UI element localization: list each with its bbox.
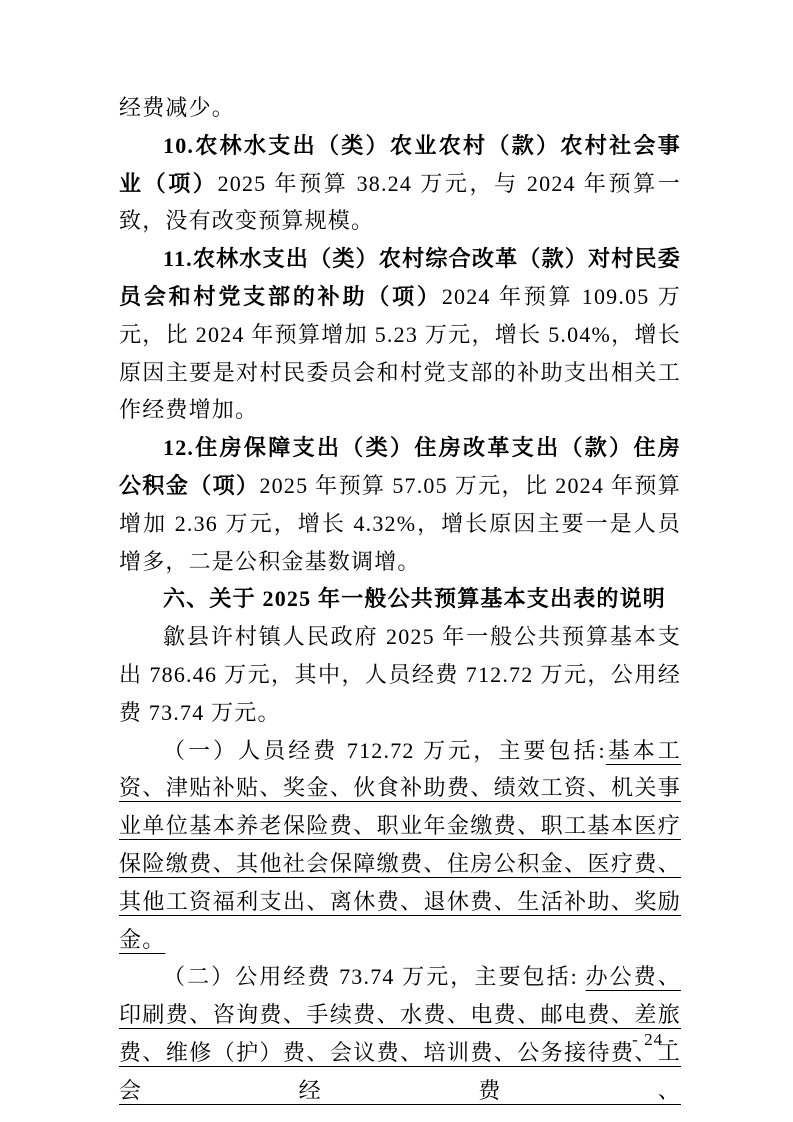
paragraph: （一）人员经费 712.72 万元，主要包括:基本工资、津贴补贴、奖金、伙食补助… [119,732,681,959]
paragraph: 10.农林水支出（类）农业农村（款）农村社会事业（项）2025 年预算 38.2… [119,127,681,240]
text-run: 经费减少。 [119,95,235,120]
paragraph: 歙县许村镇人民政府 2025 年一般公共预算基本支出 786.46 万元，其中，… [119,618,681,731]
text-run: 基本工资、津贴补贴、奖金、伙食补助费、绩效工资、机关事业单位基本养老保险费、职业… [119,738,681,952]
text-run: （一）人员经费 712.72 万元，主要包括: [163,738,606,763]
paragraph: 11.农林水支出（类）农村综合改革（款）对村民委员会和村党支部的补助（项）202… [119,240,681,429]
text-run: 歙县许村镇人民政府 2025 年一般公共预算基本支出 786.46 万元，其中，… [119,624,681,725]
paragraph: （二）公用经费 73.74 万元，主要包括: 办公费、印刷费、咨询费、手续费、水… [119,958,681,1109]
paragraph: 12.住房保障支出（类）住房改革支出（款）住房公积金（项）2025 年预算 57… [119,429,681,580]
page-number: - 24 - [632,1030,675,1050]
paragraph: 经费减少。 [119,89,681,127]
text-run: 六、关于 2025 年一般公共预算基本支出表的说明 [163,586,666,611]
document-body: 经费减少。10.农林水支出（类）农业农村（款）农村社会事业（项）2025 年预算… [119,89,681,1110]
document-page: 经费减少。10.农林水支出（类）农业农村（款）农村社会事业（项）2025 年预算… [0,0,793,1122]
section-heading: 六、关于 2025 年一般公共预算基本支出表的说明 [119,580,681,618]
text-run: （二）公用经费 73.74 万元，主要包括: [163,964,586,989]
